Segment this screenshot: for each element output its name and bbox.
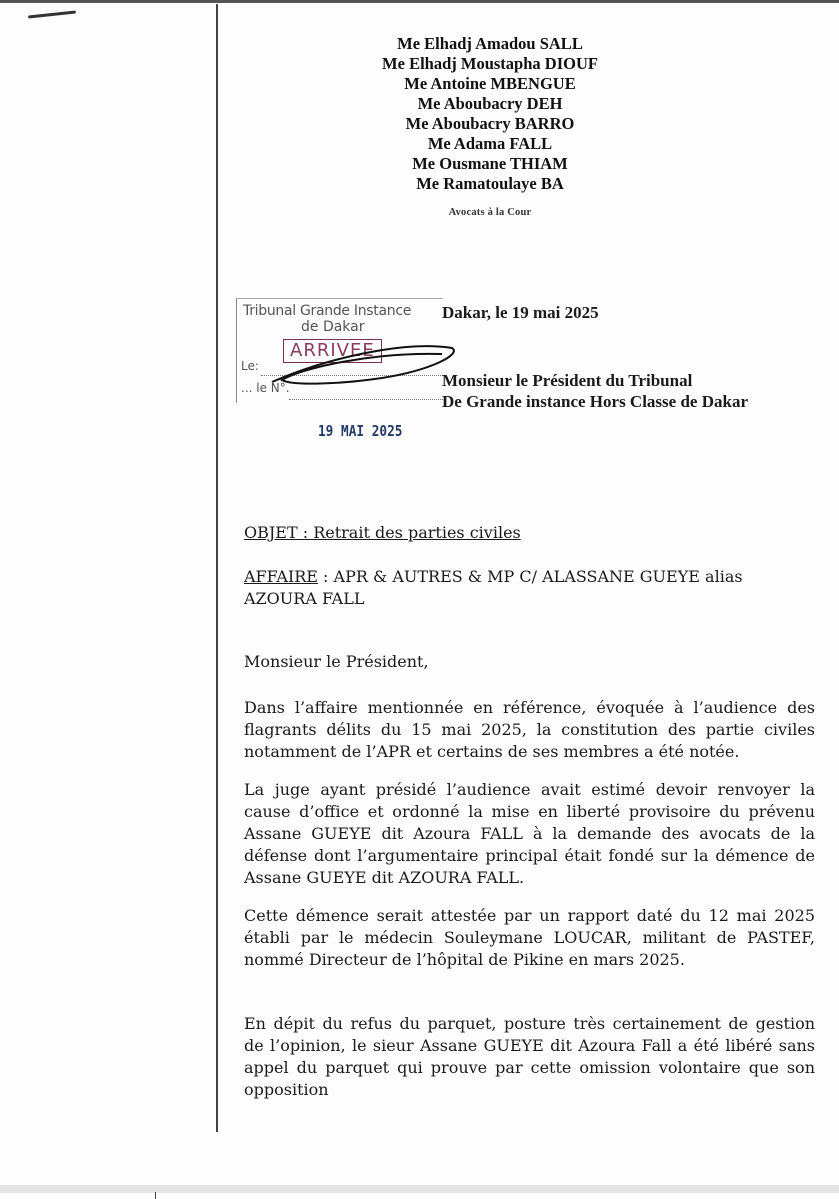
paragraph: La juge ayant présidé l’audience avait e… — [244, 779, 815, 889]
lawyer-name: Me Elhadj Moustapha DIOUF — [300, 54, 680, 74]
objet-text: : Retrait des parties civiles — [298, 523, 521, 542]
lawyer-name: Me Aboubacry BARRO — [300, 114, 680, 134]
salutation: Monsieur le Président, — [244, 651, 815, 673]
scan-top-edge — [0, 0, 839, 3]
lawyer-name: Me Elhadj Amadou SALL — [300, 34, 680, 54]
place-and-date: Dakar, le 19 mai 2025 — [442, 303, 599, 323]
recipient-line: Monsieur le Président du Tribunal — [442, 370, 748, 391]
margin-rule — [216, 4, 218, 1132]
recipient-line: De Grande instance Hors Classe de Dakar — [442, 391, 748, 412]
recipient-block: Monsieur le Président du Tribunal De Gra… — [442, 370, 748, 412]
subject-objet: OBJET : Retrait des parties civiles — [244, 522, 815, 544]
objet-label: OBJET — [244, 523, 298, 542]
stamp-court-name: Tribunal Grande Instance — [243, 303, 411, 319]
paragraph: En dépit du refus du parquet, posture tr… — [244, 1013, 815, 1101]
stamp-date: 19 MAI 2025 — [318, 422, 402, 440]
stamp-dotted-line — [289, 399, 443, 400]
lawyer-name: Me Aboubacry DEH — [300, 94, 680, 114]
subject-affaire: AFFAIRE : APR & AUTRES & MP C/ ALASSANE … — [244, 566, 815, 610]
lawyer-name: Me Ramatoulaye BA — [300, 174, 680, 194]
letterhead-subtitle: Avocats à la Cour — [300, 207, 680, 218]
page-separator — [0, 1185, 839, 1193]
lawyer-name: Me Antoine MBENGUE — [300, 74, 680, 94]
paragraph: Dans l’affaire mentionnée en référence, … — [244, 697, 815, 763]
next-page-margin-rule — [155, 1192, 156, 1199]
affaire-label: AFFAIRE — [244, 567, 318, 586]
lawyers-list: Me Elhadj Amadou SALL Me Elhadj Moustaph… — [300, 34, 680, 194]
paragraph: Cette démence serait attestée par un rap… — [244, 905, 815, 971]
signature-scribble — [262, 330, 462, 390]
affaire-text: : APR & AUTRES & MP C/ ALASSANE GUEYE al… — [244, 567, 743, 608]
pen-mark — [28, 10, 76, 18]
lawyer-name: Me Ousmane THIAM — [300, 154, 680, 174]
stamp-received-label: Le: — [241, 359, 259, 373]
lawyer-name: Me Adama FALL — [300, 134, 680, 154]
